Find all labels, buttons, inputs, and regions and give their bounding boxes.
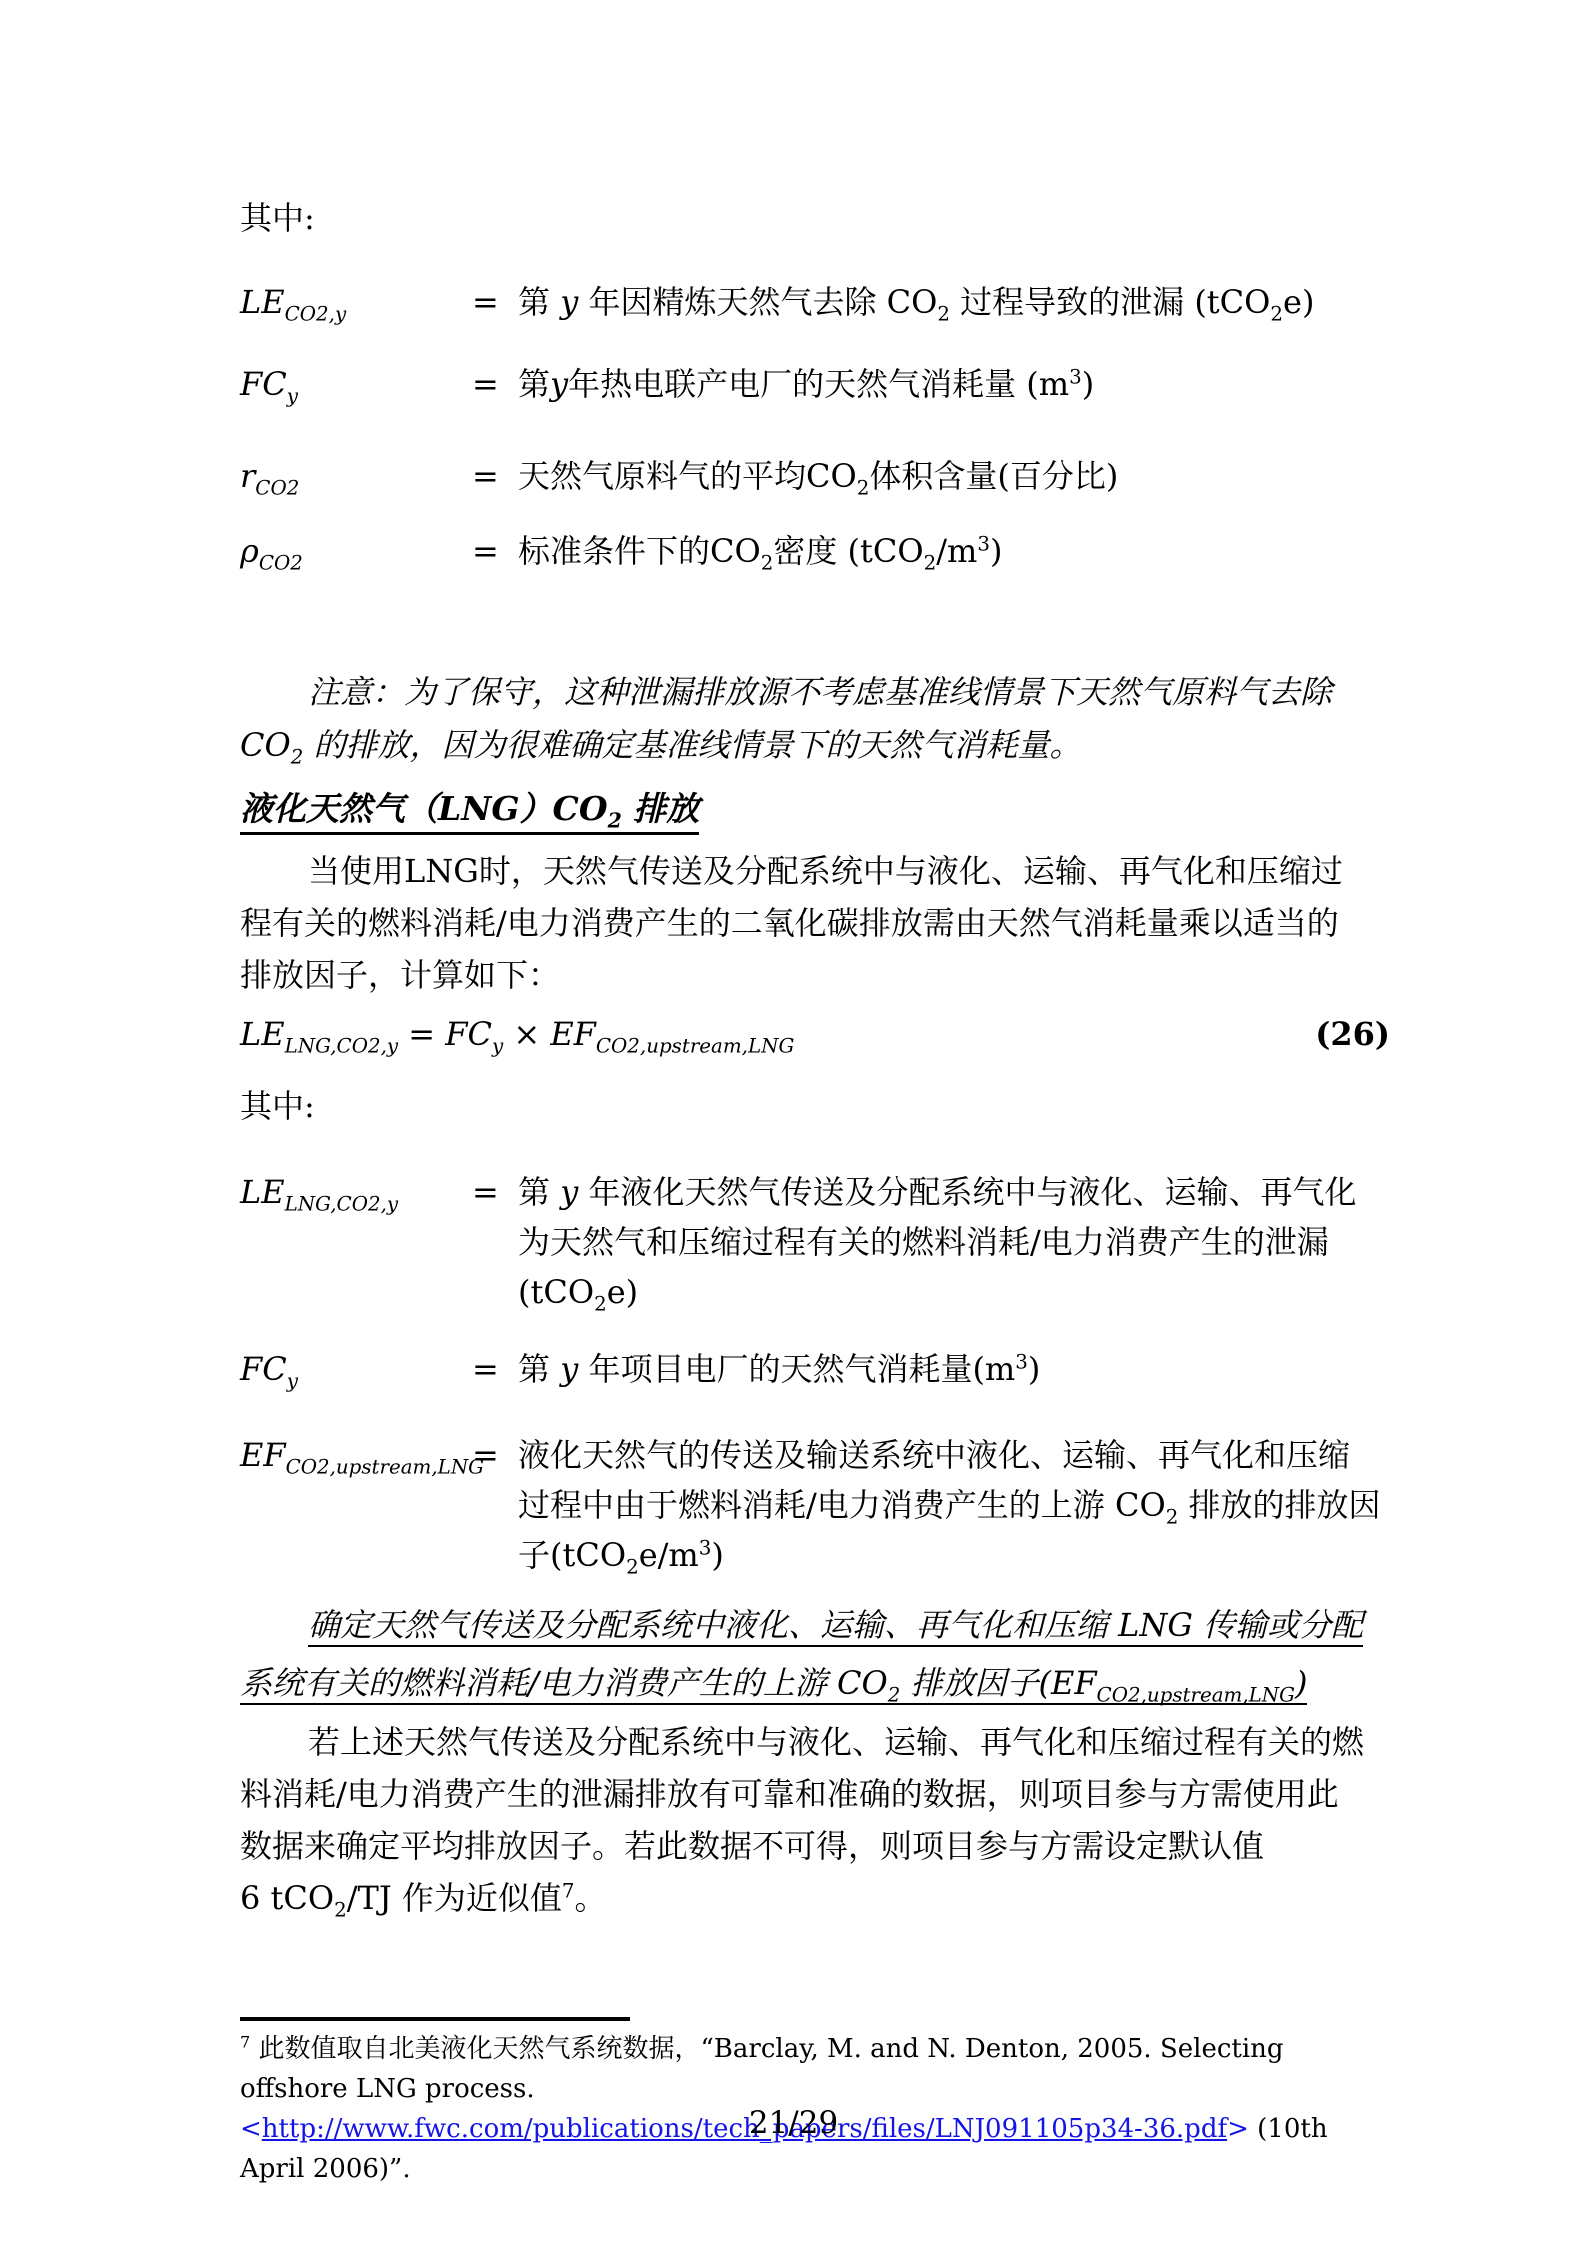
where-label-2: 其中:: [240, 1083, 1390, 1129]
paragraph-line: 若上述天然气传送及分配系统中与液化、运输、再气化和压缩过程有关的燃: [240, 1716, 1390, 1768]
section-heading-wrap: 液化天然气（LNG）CO2 排放: [240, 787, 1390, 835]
equals-sign: =: [472, 1430, 518, 1480]
definition-line: 子(tCO2e/m3): [518, 1530, 1390, 1580]
definition-term: rCO2: [240, 451, 472, 501]
underlined-line: 系统有关的燃料消耗/电力消费产生的上游 CO2 排放因子(EFCO2,upstr…: [240, 1657, 1390, 1709]
definition-line: (tCO2e): [518, 1267, 1390, 1317]
definition-term: ρCO2: [240, 526, 472, 576]
definition-text: 天然气原料气的平均CO2体积含量(百分比): [518, 451, 1390, 501]
note-line: CO2 的排放，因为很难确定基准线情景下的天然气消耗量。: [240, 719, 1390, 772]
equals-sign: =: [472, 1167, 518, 1217]
definition-row-rco2: rCO2 = 天然气原料气的平均CO2体积含量(百分比): [240, 451, 1390, 501]
equals-sign: =: [472, 1344, 518, 1394]
definition-row-fcy: FCy = 第y年热电联产电厂的天然气消耗量 (m3): [240, 359, 1390, 409]
note-paragraph: 注意：为了保守，这种泄漏排放源不考虑基准线情景下天然气原料气去除 CO2 的排放…: [240, 666, 1390, 772]
definition-row-le-co2y: LECO2,y = 第 y 年因精炼天然气去除 CO2 过程导致的泄漏 (tCO…: [240, 277, 1390, 327]
paragraph-line: 6 tCO2/TJ 作为近似值7。: [240, 1872, 1390, 1924]
definition-term: EFCO2,upstream,LNG: [240, 1430, 472, 1480]
definition-row-le-lng-co2y: LELNG,CO2,y = 第 y 年液化天然气传送及分配系统中与液化、运输、再…: [240, 1167, 1390, 1317]
section-heading: 液化天然气（LNG）CO2 排放: [240, 787, 699, 835]
equals-sign: =: [472, 359, 518, 409]
definition-line: 第 y 年项目电厂的天然气消耗量(m3): [518, 1344, 1390, 1394]
definition-text: 标准条件下的CO2密度 (tCO2/m3): [518, 526, 1390, 576]
definition-row-ef-upstream-lng: EFCO2,upstream,LNG = 液化天然气的传送及输送系统中液化、运输…: [240, 1430, 1390, 1580]
definition-term: LECO2,y: [240, 277, 472, 327]
equals-sign: =: [472, 277, 518, 327]
page-number: 21/29: [0, 2105, 1587, 2141]
footnote-line-1: 7 此数值取自北美液化天然气系统数据，“Barclay, M. and N. D…: [240, 2029, 1390, 2109]
where-label-1: 其中:: [240, 195, 1390, 241]
lng-paragraph: 当使用LNG时，天然气传送及分配系统中与液化、运输、再气化和压缩过 程有关的燃料…: [240, 845, 1390, 1001]
definition-term: LELNG,CO2,y: [240, 1167, 472, 1217]
determine-paragraph: 确定天然气传送及分配系统中液化、运输、再气化和压缩 LNG 传输或分配 系统有关…: [240, 1599, 1390, 1709]
equation-row: LELNG,CO2,y = FCy × EFCO2,upstream,LNG (…: [240, 1009, 1390, 1059]
document-page: 其中: LECO2,y = 第 y 年因精炼天然气去除 CO2 过程导致的泄漏 …: [0, 0, 1587, 2245]
paragraph-line: 当使用LNG时，天然气传送及分配系统中与液化、运输、再气化和压缩过: [240, 845, 1390, 897]
note-line: 注意：为了保守，这种泄漏排放源不考虑基准线情景下天然气原料气去除: [240, 666, 1390, 719]
definition-row-fcy-2: FCy = 第 y 年项目电厂的天然气消耗量(m3): [240, 1344, 1390, 1394]
definition-term: FCy: [240, 359, 472, 409]
definition-text: 第 y 年因精炼天然气去除 CO2 过程导致的泄漏 (tCO2e): [518, 277, 1390, 327]
definition-line: 过程中由于燃料消耗/电力消费产生的上游 CO2 排放的排放因: [518, 1480, 1390, 1530]
footnote-text: 此数值取自北美液化天然气系统数据，“Barclay, M. and N. Den…: [240, 2034, 1284, 2104]
equation-number: (26): [1315, 1009, 1390, 1059]
definition-row-rho-co2: ρCO2 = 标准条件下的CO2密度 (tCO2/m3): [240, 526, 1390, 576]
definition-line: 第y年热电联产电厂的天然气消耗量 (m3): [518, 359, 1390, 409]
definition-text: 第 y 年液化天然气传送及分配系统中与液化、运输、再气化 为天然气和压缩过程有关…: [518, 1167, 1390, 1317]
definition-text: 第y年热电联产电厂的天然气消耗量 (m3): [518, 359, 1390, 409]
data-availability-paragraph: 若上述天然气传送及分配系统中与液化、运输、再气化和压缩过程有关的燃 料消耗/电力…: [240, 1716, 1390, 1924]
definition-line: 天然气原料气的平均CO2体积含量(百分比): [518, 451, 1390, 501]
definition-text: 第 y 年项目电厂的天然气消耗量(m3): [518, 1344, 1390, 1394]
underlined-line: 确定天然气传送及分配系统中液化、运输、再气化和压缩 LNG 传输或分配: [240, 1599, 1390, 1651]
paragraph-line: 排放因子，计算如下：: [240, 949, 1390, 1001]
paragraph-line: 程有关的燃料消耗/电力消费产生的二氧化碳排放需由天然气消耗量乘以适当的: [240, 897, 1390, 949]
definition-line: 液化天然气的传送及输送系统中液化、运输、再气化和压缩: [518, 1430, 1390, 1480]
footnote-marker: 7: [240, 2032, 250, 2051]
paragraph-line: 数据来确定平均排放因子。若此数据不可得，则项目参与方需设定默认值: [240, 1820, 1390, 1872]
definition-line: 第 y 年液化天然气传送及分配系统中与液化、运输、再气化: [518, 1167, 1390, 1217]
equals-sign: =: [472, 451, 518, 501]
equals-sign: =: [472, 526, 518, 576]
definition-text: 液化天然气的传送及输送系统中液化、运输、再气化和压缩 过程中由于燃料消耗/电力消…: [518, 1430, 1390, 1580]
equation-formula: LELNG,CO2,y = FCy × EFCO2,upstream,LNG: [240, 1009, 794, 1059]
paragraph-line: 料消耗/电力消费产生的泄漏排放有可靠和准确的数据，则项目参与方需使用此: [240, 1768, 1390, 1820]
definition-line: 标准条件下的CO2密度 (tCO2/m3): [518, 526, 1390, 576]
definition-line: 为天然气和压缩过程有关的燃料消耗/电力消费产生的泄漏: [518, 1217, 1390, 1267]
definition-term: FCy: [240, 1344, 472, 1394]
footnote-separator: [240, 2017, 630, 2021]
definition-line: 第 y 年因精炼天然气去除 CO2 过程导致的泄漏 (tCO2e): [518, 277, 1390, 327]
